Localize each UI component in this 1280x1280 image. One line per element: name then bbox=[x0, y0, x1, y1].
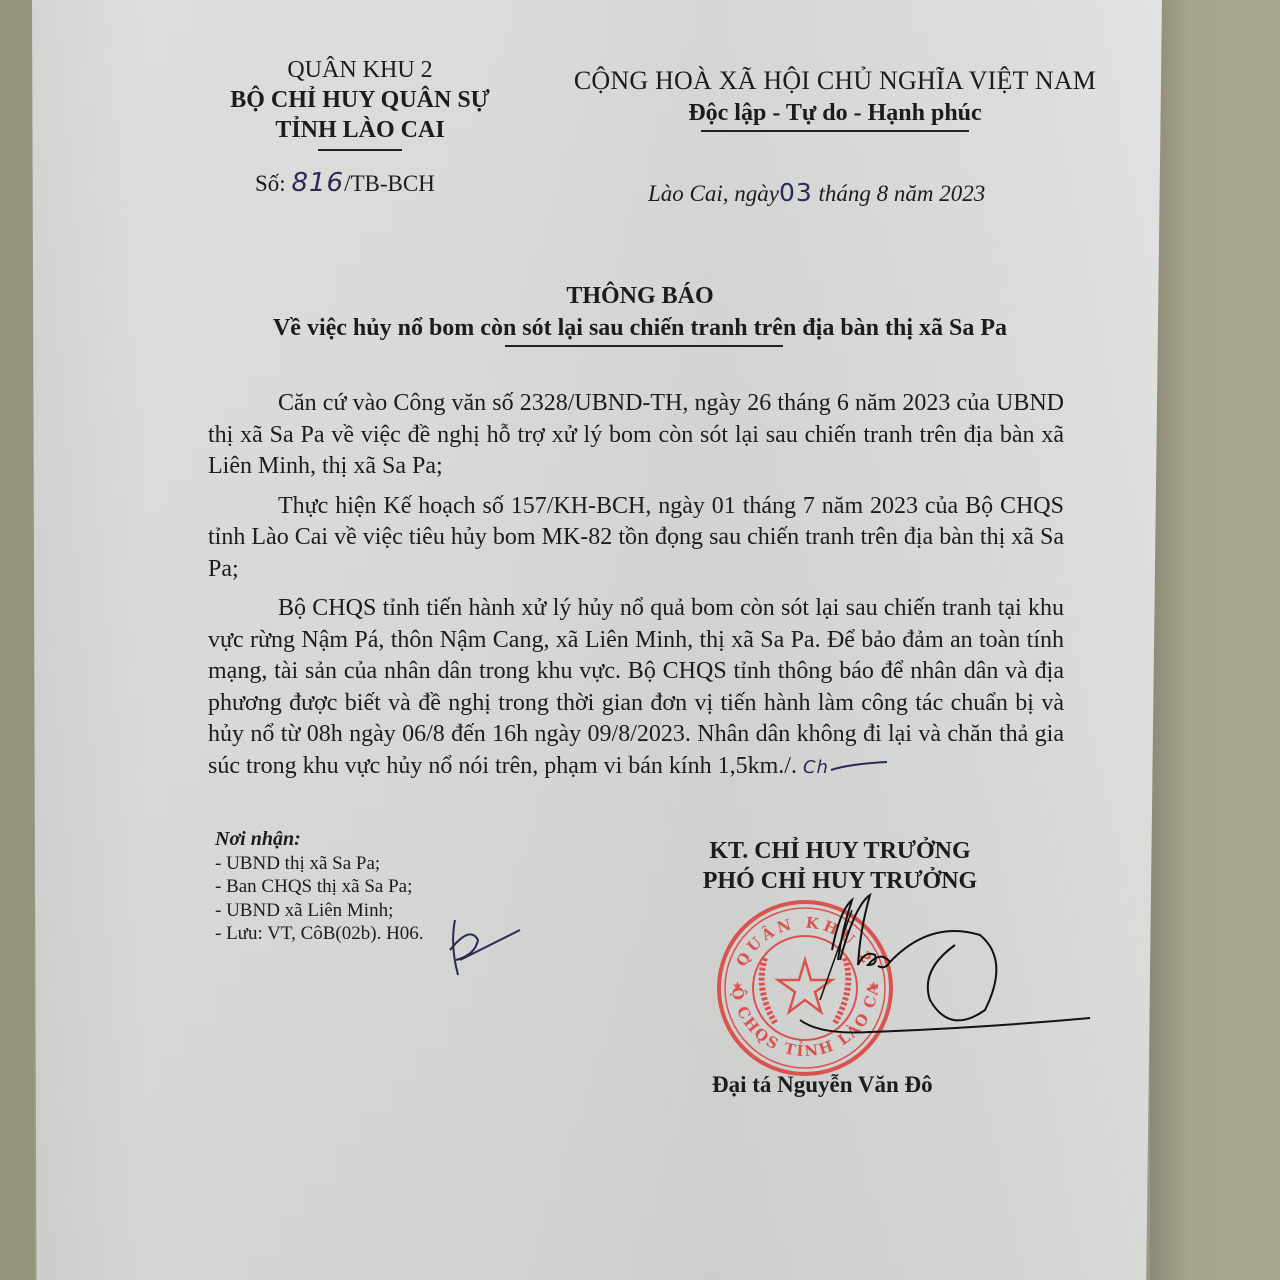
document-body: Căn cứ vào Công văn số 2328/UBND-TH, ngà… bbox=[208, 388, 1064, 791]
signer-name: Đại tá Nguyễn Văn Đô bbox=[712, 1072, 933, 1098]
province-name: TỈNH LÀO CAI bbox=[200, 115, 520, 145]
document-subtitle: Về việc hủy nổ bom còn sót lại sau chiến… bbox=[210, 312, 1070, 344]
country-name: CỘNG HOÀ XÃ HỘI CHỦ NGHĨA VIỆT NAM bbox=[565, 64, 1105, 98]
paragraph-notice: Bộ CHQS tỉnh tiến hành xử lý hủy nổ quả … bbox=[208, 593, 1064, 783]
command-name: BỘ CHỈ HUY QUÂN SỰ bbox=[200, 85, 520, 115]
date-day-handwritten: 03 bbox=[779, 178, 813, 207]
document-number: Số: 816/TB-BCH bbox=[255, 168, 435, 198]
paragraph-legal-basis: Căn cứ vào Công văn số 2328/UBND-TH, ngà… bbox=[208, 388, 1064, 483]
signature-title: KT. CHỈ HUY TRƯỞNG PHÓ CHỈ HUY TRƯỞNG bbox=[670, 836, 1010, 896]
recipient-item: - Ban CHQS thị xã Sa Pa; bbox=[215, 875, 545, 899]
initials-handwritten: Ch bbox=[803, 757, 829, 778]
national-motto: Độc lập - Tự do - Hạnh phúc bbox=[565, 98, 1105, 128]
notice-text: Bộ CHQS tỉnh tiến hành xử lý hủy nổ quả … bbox=[208, 595, 1064, 779]
number-handwritten: 816 bbox=[291, 168, 344, 198]
svg-text:★: ★ bbox=[732, 979, 743, 993]
document-title: THÔNG BÁO bbox=[200, 280, 1080, 312]
handwritten-signature-icon bbox=[780, 890, 1120, 1040]
initials-stroke bbox=[829, 760, 889, 774]
title-rule bbox=[505, 345, 783, 347]
paragraph-plan: Thực hiện Kế hoạch số 157/KH-BCH, ngày 0… bbox=[208, 491, 1064, 586]
recipients-heading: Nơi nhận: bbox=[215, 828, 545, 852]
recipient-archive: - Lưu: VT, CôB(02b). H06. bbox=[215, 923, 424, 944]
header-right-rule bbox=[701, 130, 969, 132]
number-prefix: Số: bbox=[255, 171, 286, 196]
date-suffix: tháng 8 năm 2023 bbox=[819, 181, 986, 206]
national-header: CỘNG HOÀ XÃ HỘI CHỦ NGHĨA VIỆT NAM Độc l… bbox=[565, 64, 1105, 132]
initial-mark-icon bbox=[420, 915, 530, 985]
issuing-authority: QUÂN KHU 2 BỘ CHỈ HUY QUÂN SỰ TỈNH LÀO C… bbox=[200, 55, 520, 151]
document-date: Lào Cai, ngày03 tháng 8 năm 2023 bbox=[648, 178, 985, 207]
header-left-rule bbox=[318, 149, 402, 151]
recipient-item: - UBND thị xã Sa Pa; bbox=[215, 852, 545, 876]
number-suffix: /TB-BCH bbox=[344, 171, 435, 196]
background-surface-left bbox=[0, 0, 34, 1280]
date-prefix: Lào Cai, ngày bbox=[648, 181, 779, 206]
background-surface-right bbox=[1150, 0, 1280, 1280]
military-region: QUÂN KHU 2 bbox=[200, 55, 520, 85]
signature-title-line1: KT. CHỈ HUY TRƯỞNG bbox=[670, 836, 1010, 866]
